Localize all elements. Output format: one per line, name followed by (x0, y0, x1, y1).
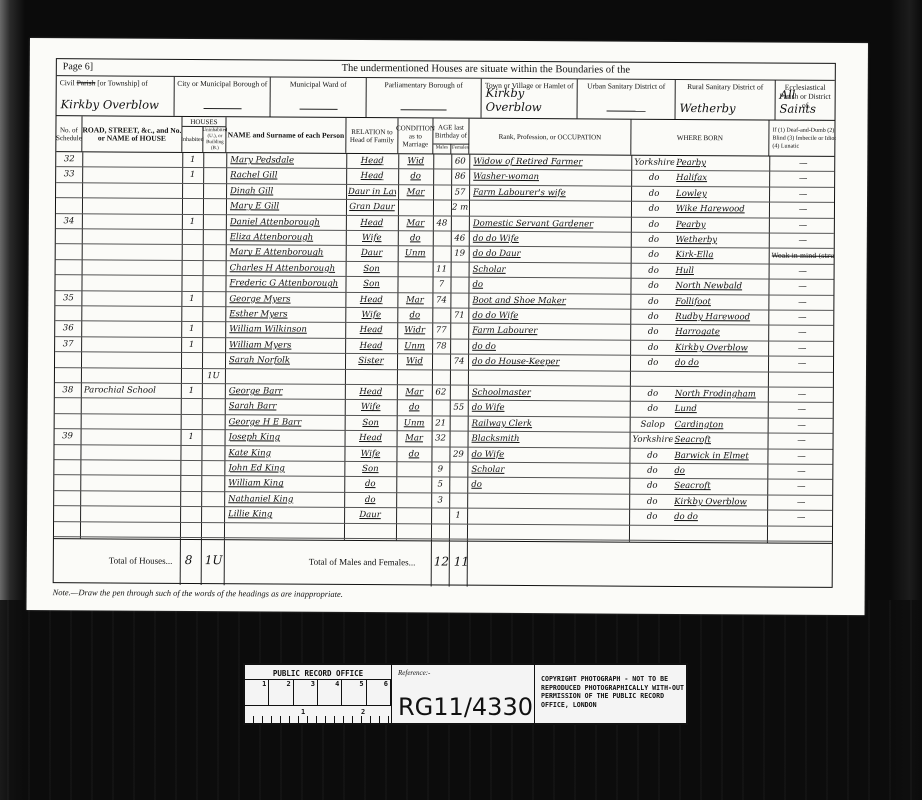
cell-infirmity: — (770, 449, 832, 464)
cell-schedule (57, 275, 79, 290)
cell-born-county (632, 525, 672, 540)
cell-male-age: 74 (433, 293, 449, 307)
cell-male-age (434, 201, 450, 215)
cell-born-place: Barwick in Elmet (674, 449, 766, 464)
header-relation: RELATION to Head of Family (346, 118, 398, 153)
cell-female-age: 74 (451, 355, 467, 369)
district-town-village: Town or Village or Hamlet of Kirkby Over… (482, 79, 578, 119)
cell-inhabited: 1 (182, 430, 201, 445)
cell-inhabited: 1 (183, 215, 202, 230)
cell-condition: do (398, 308, 431, 323)
cell-female-age: 55 (451, 401, 467, 415)
cell-inhabited (182, 307, 201, 322)
cell-schedule (58, 245, 80, 260)
district-label: Parliamentary Borough of (367, 78, 481, 90)
copyright-notice: COPYRIGHT PHOTOGRAPH - NOT TO BE REPRODU… (535, 665, 686, 723)
cell-infirmity (770, 526, 832, 541)
cell-condition: Mar (399, 216, 432, 231)
cell-condition: do (397, 447, 430, 462)
cell-schedule (58, 260, 80, 275)
cell-house (83, 445, 178, 460)
cell-uninhabited (204, 184, 225, 199)
cell-house (85, 168, 180, 183)
cell-schedule: 38 (57, 383, 79, 398)
total-males: 12 (434, 554, 449, 568)
cell-born-county: do (632, 494, 672, 509)
cell-infirmity: — (772, 234, 834, 249)
total-uninhabited: 1U (205, 553, 223, 567)
cell-born-place: North Newbald (675, 279, 767, 294)
cell-infirmity: — (772, 172, 834, 187)
cell-occupation: Scholar (473, 263, 629, 278)
cell-occupation: do do (472, 340, 628, 355)
cell-born-place: Kirk-Ella (676, 248, 768, 263)
cell-born-place: Rudby Harewood (675, 310, 767, 325)
cell-name: Mary Pedsdale (230, 153, 344, 168)
cell-relation: Sister (347, 354, 395, 369)
cell-infirmity: — (771, 434, 833, 449)
cell-female-age (451, 416, 467, 430)
cell-occupation: Blacksmith (472, 432, 628, 447)
cell-occupation: Railway Clerk (472, 417, 628, 432)
cell-inhabited: 1 (182, 292, 201, 307)
cell-male-age (434, 185, 450, 199)
cell-born-county: do (634, 202, 674, 217)
cell-female-age: 46 (452, 232, 468, 246)
cell-infirmity: — (772, 218, 834, 233)
cell-female-age: 1 (450, 509, 466, 523)
cell-occupation: Farm Labourer's wife (473, 186, 629, 201)
cell-schedule: 34 (58, 214, 80, 229)
cell-male-age: 3 (432, 493, 448, 507)
cell-male-age: 9 (432, 462, 448, 476)
cell-born-place: Kirkby Overblow (675, 341, 767, 356)
cell-infirmity: — (771, 403, 833, 418)
cell-relation: Head (348, 154, 396, 169)
cell-inhabited (181, 446, 200, 461)
cell-male-age (433, 308, 449, 322)
cell-relation: Gran Daur (348, 200, 396, 215)
cell-occupation: do Wife (472, 401, 628, 416)
cell-born-place: Pearby (676, 218, 768, 233)
district-value: Wetherby (680, 101, 771, 116)
ruler-number: 4 (318, 680, 342, 705)
cell-female-age (451, 370, 467, 384)
district-rural-sanitary: Rural Sanitary District of Wetherby (676, 80, 776, 120)
cell-infirmity: — (771, 280, 833, 295)
total-houses-label: Total of Houses... (109, 555, 173, 565)
cell-infirmity: — (770, 511, 832, 526)
cell-name: George Barr (229, 384, 343, 399)
cell-name: Sarah Barr (229, 400, 343, 415)
cell-schedule (57, 368, 79, 383)
cell-infirmity (771, 372, 833, 387)
cell-house (84, 276, 179, 291)
cell-male-age (432, 524, 448, 538)
cell-inhabited (183, 199, 202, 214)
cell-house (83, 522, 178, 537)
total-females: 11 (454, 555, 469, 569)
cell-condition: Mar (398, 385, 431, 400)
cell-female-age: 29 (450, 447, 466, 461)
cell-condition (397, 493, 430, 508)
cell-uninhabited (202, 461, 223, 476)
cell-condition: Wid (399, 154, 432, 169)
district-municipal-ward: Municipal Ward of (271, 77, 367, 117)
cell-male-age (433, 355, 449, 369)
cell-born-place: Harrogate (675, 325, 767, 340)
cell-relation: Head (348, 169, 396, 184)
cell-uninhabited (202, 476, 223, 491)
cell-house (84, 430, 179, 445)
cell-relation (346, 524, 394, 539)
cell-schedule (56, 522, 78, 537)
cell-name: Sarah Norfolk (229, 353, 343, 368)
cell-born-place: Lund (675, 402, 767, 417)
cell-inhabited (183, 184, 202, 199)
cell-male-age (434, 231, 450, 245)
record-office-stamp: PUBLIC RECORD OFFICE 123456 1 2 Referenc… (243, 663, 688, 725)
ruler-panel: PUBLIC RECORD OFFICE 123456 1 2 (245, 665, 392, 723)
cell-relation: Head (347, 339, 395, 354)
cell-schedule: 36 (57, 322, 79, 337)
cell-name: George Myers (229, 292, 343, 307)
cell-male-age: 5 (432, 478, 448, 492)
cell-name: Frederic G Attenborough (229, 276, 343, 291)
cell-born-county: Yorkshire (634, 156, 674, 171)
header-age: AGE last Birthday of Males Females (433, 118, 469, 153)
cell-female-age (451, 324, 467, 338)
column-divider (431, 541, 432, 586)
cell-relation: Daur (348, 246, 396, 261)
cell-name (229, 369, 343, 384)
header-infirmity: If (1) Deaf-and-Dumb (2) Blind (3) Imbec… (769, 121, 836, 156)
cell-uninhabited (204, 261, 225, 276)
cell-relation: Daur in Law (348, 185, 396, 200)
cell-male-age: 48 (434, 216, 450, 230)
cell-name: Daniel Attenborough (230, 215, 344, 230)
cell-male-age (432, 509, 448, 523)
cell-uninhabited (204, 230, 225, 245)
district-row: Civil Parish [or Township] of Kirkby Ove… (57, 76, 835, 121)
cell-inhabited: 1 (182, 384, 201, 399)
cell-occupation (471, 494, 627, 509)
cell-name: William King (228, 477, 342, 492)
cell-infirmity: — (772, 203, 834, 218)
cell-name: Eliza Attenborough (230, 230, 344, 245)
cell-born-place: Seacroft (675, 433, 767, 448)
cell-house (84, 322, 179, 337)
cell-female-age (452, 262, 468, 276)
cell-occupation: do do House-Keeper (472, 355, 628, 370)
cell-house (83, 507, 178, 522)
cell-born-place (675, 372, 767, 387)
cell-female-age: 86 (452, 170, 468, 184)
cell-schedule: 39 (57, 429, 79, 444)
district-label: Municipal Ward of (271, 77, 366, 89)
cell-born-county: do (632, 479, 672, 494)
cell-house (84, 414, 179, 429)
cell-born-county: do (633, 402, 673, 417)
cell-relation: Son (347, 416, 395, 431)
cell-inhabited (183, 245, 202, 260)
cell-inhabited (182, 399, 201, 414)
cell-name: Mary E Attenborough (230, 246, 344, 261)
cell-female-age: 71 (451, 309, 467, 323)
district-civil-parish: Civil Parish [or Township] of Kirkby Ove… (57, 76, 175, 116)
cell-house (84, 368, 179, 383)
cell-female-age (450, 463, 466, 477)
cell-relation: Wife (346, 447, 394, 462)
cell-uninhabited: 1U (203, 369, 224, 384)
header-name: NAME and Surname of each Person (226, 117, 346, 153)
cell-relation: Son (348, 262, 396, 277)
cell-inhabited (183, 261, 202, 276)
cell-female-age: 2 mo (452, 201, 468, 215)
ruler-number: 2 (269, 680, 293, 705)
cell-infirmity: — (772, 157, 834, 172)
cell-name (228, 523, 342, 538)
cell-born-county: do (634, 263, 674, 278)
header-occupation: Rank, Profession, or OCCUPATION (469, 119, 631, 155)
cell-occupation: Farm Labourer (472, 324, 628, 339)
page-heading: The undermentioned Houses are situate wi… (57, 61, 835, 77)
cell-born-county: do (633, 279, 673, 294)
cell-born-place: Seacroft (674, 479, 766, 494)
cell-infirmity: — (771, 326, 833, 341)
cell-male-age (433, 401, 449, 415)
cell-relation: Head (347, 385, 395, 400)
cell-born-county: do (633, 310, 673, 325)
cell-condition (398, 277, 431, 292)
cell-name: William Wilkinson (229, 323, 343, 338)
cell-male-age (433, 370, 449, 384)
census-form: Page 6] The undermentioned Houses are si… (53, 58, 836, 588)
cell-born-place: Wike Harewood (676, 202, 768, 217)
cell-inhabited (181, 523, 200, 538)
cell-male-age: 78 (433, 339, 449, 353)
cell-male-age: 77 (433, 324, 449, 338)
cell-born-place: Halifax (676, 171, 768, 186)
cell-schedule (57, 399, 79, 414)
cell-female-age (451, 339, 467, 353)
cell-relation: Head (347, 323, 395, 338)
cell-name: Mary E Gill (230, 199, 344, 214)
cell-occupation: do do Wife (473, 232, 629, 247)
cell-occupation: do Wife (471, 447, 627, 462)
cell-male-age: 11 (434, 262, 450, 276)
ruler-number: 1 (301, 708, 305, 716)
cell-infirmity: — (770, 480, 832, 495)
column-divider (201, 540, 202, 585)
cell-born-place (674, 526, 766, 541)
cell-schedule: 33 (58, 168, 80, 183)
district-value: Kirkby Overblow (486, 86, 573, 115)
cell-born-place: Lowley (676, 187, 768, 202)
cell-house: Parochial School (84, 383, 179, 398)
cell-name: Nathaniel King (228, 492, 342, 507)
cell-name: Charles H Attenborough (230, 261, 344, 276)
cell-born-place: North Frodingham (675, 387, 767, 402)
header-houses: HOUSES Inhabited Uninhabited (U.), or Bu… (182, 117, 226, 152)
header-males: Males (433, 143, 451, 153)
cell-house (83, 476, 178, 491)
cell-female-age (450, 524, 466, 538)
cell-occupation: do do Daur (473, 247, 629, 262)
cell-inhabited (182, 415, 201, 430)
cell-condition: Mar (399, 185, 432, 200)
cell-male-age: 21 (433, 416, 449, 430)
cell-relation: Son (347, 277, 395, 292)
cell-relation: Wife (347, 308, 395, 323)
cell-uninhabited (204, 199, 225, 214)
cell-condition: Unm (398, 339, 431, 354)
cell-male-age: 32 (433, 432, 449, 446)
footnote: Note.—Draw the pen through such of the w… (53, 587, 343, 599)
total-persons-label: Total of Males and Females... (309, 557, 416, 568)
header-houses-title: HOUSES (182, 118, 225, 127)
cell-born-county (633, 371, 673, 386)
cell-male-age: 62 (433, 385, 449, 399)
cell-uninhabited (202, 492, 223, 507)
cell-house (83, 460, 178, 475)
cell-house (85, 229, 180, 244)
ruler-number: 6 (367, 680, 391, 705)
cell-infirmity: — (771, 341, 833, 356)
cell-schedule (57, 352, 79, 367)
district-label: Rural Sanitary District of (676, 80, 775, 92)
cell-uninhabited (202, 507, 223, 522)
cell-infirmity: — (771, 295, 833, 310)
cell-female-age: 57 (452, 185, 468, 199)
census-rows: 321Mary PedsdaleHeadWid60Widow of Retire… (54, 152, 834, 543)
cell-condition: do (398, 401, 431, 416)
cell-schedule (56, 460, 78, 475)
cell-born-county: do (634, 217, 674, 232)
cell-condition (397, 462, 430, 477)
cell-infirmity: — (772, 264, 834, 279)
cell-female-age: 60 (452, 155, 468, 169)
cell-uninhabited (203, 307, 224, 322)
cell-condition (397, 524, 430, 539)
cell-name: Lillie King (228, 507, 342, 522)
cell-relation: Head (347, 431, 395, 446)
cell-born-place: Cardington (675, 418, 767, 433)
district-label: City or Municipal Borough of (175, 77, 270, 89)
cell-condition (397, 478, 430, 493)
cell-schedule: 37 (57, 337, 79, 352)
column-divider (180, 540, 181, 585)
cell-inhabited (181, 476, 200, 491)
header-females: Females (451, 144, 469, 154)
cell-occupation: Scholar (471, 463, 627, 478)
district-parliamentary-borough: Parliamentary Borough of (367, 78, 482, 118)
cell-infirmity: — (770, 495, 832, 510)
cell-condition: Wid (398, 354, 431, 369)
cell-born-place: do do (675, 356, 767, 371)
cell-uninhabited (202, 446, 223, 461)
cell-condition: Widr (398, 324, 431, 339)
cell-born-county: do (633, 356, 673, 371)
cell-female-age (450, 478, 466, 492)
cell-occupation (473, 201, 629, 216)
cell-uninhabited (203, 353, 224, 368)
cell-inhabited (182, 369, 201, 384)
cell-name: George H E Barr (229, 415, 343, 430)
cell-condition: Unm (398, 416, 431, 431)
column-headers: No. of Schedule ROAD, STREET, &c., and N… (56, 116, 834, 157)
ruler-number: 3 (294, 680, 318, 705)
office-name: PUBLIC RECORD OFFICE (245, 665, 391, 680)
cell-house (84, 353, 179, 368)
cell-name: Joseph King (229, 430, 343, 445)
cell-condition (399, 262, 432, 277)
cell-uninhabited (202, 523, 223, 538)
cell-occupation: do (471, 478, 627, 493)
cell-name: Dinah Gill (230, 184, 344, 199)
cell-inhabited: 1 (183, 153, 202, 168)
cell-relation: Head (348, 216, 396, 231)
header-condition: CONDITION as to Marriage (398, 118, 433, 153)
cell-born-place: Kirkby Overblow (674, 495, 766, 510)
cell-house (85, 214, 180, 229)
header-schedule: No. of Schedule (56, 116, 82, 151)
total-inhabited: 8 (185, 553, 193, 567)
blank-line (607, 111, 646, 112)
cell-name: Kate King (228, 446, 342, 461)
header-inhabited: Inhabited (182, 127, 203, 153)
cell-born-county: Yorkshire (633, 433, 673, 448)
cell-occupation: Widow of Retired Farmer (473, 155, 629, 170)
cell-born-county: do (633, 387, 673, 402)
cell-schedule (58, 229, 80, 244)
cell-infirmity: Weak in mind (struck out) (772, 249, 834, 264)
cell-inhabited (182, 353, 201, 368)
cell-born-county: do (633, 340, 673, 355)
blank-line (299, 109, 337, 110)
cell-infirmity: — (770, 465, 832, 480)
cell-condition (397, 508, 430, 523)
cell-schedule (56, 491, 78, 506)
cell-born-county: Salop (633, 417, 673, 432)
cell-inhabited: 1 (183, 168, 202, 183)
totals-row: Total of Houses... 8 1U Total of Males a… (54, 538, 832, 589)
cell-born-place: do do (674, 510, 766, 525)
cell-female-age: 19 (452, 247, 468, 261)
blank-line (401, 109, 447, 110)
cell-condition: do (399, 231, 432, 246)
cell-name: William Myers (229, 338, 343, 353)
cell-house (83, 491, 178, 506)
ruler-number: 1 (245, 680, 269, 705)
cell-occupation: Washer-woman (473, 170, 629, 185)
cell-born-place: Follifoot (675, 295, 767, 310)
cell-infirmity: — (771, 418, 833, 433)
cell-relation: Head (347, 293, 395, 308)
cell-condition (399, 200, 432, 215)
cell-house (85, 183, 180, 198)
district-municipal-borough: City or Municipal Borough of (175, 77, 271, 117)
cell-house (84, 291, 179, 306)
cell-uninhabited (203, 276, 224, 291)
cell-name: Esther Myers (229, 307, 343, 322)
cell-occupation: do do Wife (472, 309, 628, 324)
reference-panel: Reference:- RG11/4330 (392, 665, 535, 723)
cell-occupation: Boot and Shoe Maker (472, 293, 628, 308)
cell-house (85, 152, 180, 167)
cell-inhabited: 1 (182, 322, 201, 337)
cell-uninhabited (203, 322, 224, 337)
